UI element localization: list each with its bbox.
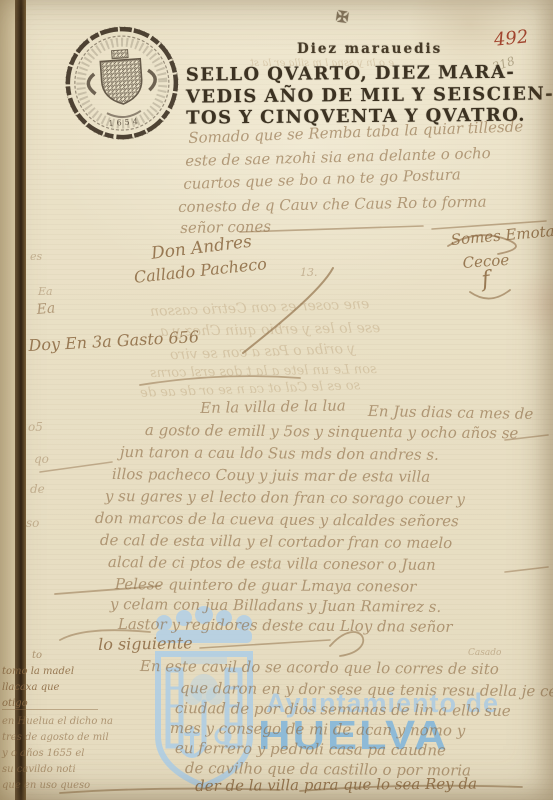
manuscript-line: a gosto de emill y 5os y sinquenta y och… [145, 421, 519, 442]
manuscript-line: conesto de q Cauv che Caus Ro to forma [178, 193, 487, 216]
manuscript-line: En la villa de la lua [200, 396, 346, 417]
manuscript-line: En Jus dias ca mes de [368, 402, 534, 423]
seal-year: 1654 [108, 117, 141, 128]
manuscript-line: cuartos que se bo a no te go Postura [183, 165, 461, 193]
manuscript-line: y celam con jua Billadans y Juan Ramirez… [110, 595, 441, 616]
margin-note: que en uso queso [2, 780, 90, 791]
manuscript-line: illos pacheco Couy y juis mar de esta vi… [112, 465, 430, 486]
notarial-seal: 1654 [51, 19, 195, 150]
manuscript-line: eu ferrero y pedroli casa pa caudne [175, 739, 446, 759]
margin-mark: o5 [28, 420, 43, 434]
manuscript-line: de cal de esta villa y el cortador fran … [100, 531, 452, 552]
manuscript-line: alcal de ci ptos de esta villa conesor o… [108, 553, 436, 574]
side-note: Casado [468, 648, 501, 658]
bleedthrough-line: ene coser es con Cetrio casson [150, 296, 370, 320]
margin-mark: Ea [38, 285, 53, 298]
manuscript-line: En este cavil do se acordo que lo corres… [140, 657, 499, 678]
tax-header: Diez marauedis [297, 41, 442, 57]
manuscript-line: mes y consego de mi de acan y nomo y [170, 719, 465, 740]
manuscript-page: ✠ Diez marauedis e o ln y ssna l m silla… [0, 0, 553, 800]
margin-note: tomo la madel [2, 666, 74, 677]
margin-mark: Ea [36, 300, 56, 318]
margin-note: tres de agosto de mil [2, 732, 109, 743]
manuscript-line: der de la villa para que lo sea Rey da [195, 775, 477, 795]
printed-line: SELLO QVARTO, DIEZ MARA- [186, 61, 553, 86]
manuscript-line: y su gares y el lecto don fran co sorago… [105, 487, 465, 508]
manuscript-line: jun taron a cau ldo Sus mds don andres s… [120, 443, 439, 464]
manuscript-line: lo siguiente [98, 633, 193, 654]
margin-note: en Huelua el dicho na [2, 716, 113, 727]
cross-mark: ✠ [335, 7, 350, 27]
margin-mark: es [30, 250, 42, 263]
margin-note: otigo [2, 698, 98, 710]
signature-rubric: f [480, 267, 492, 293]
manuscript-line: que daron en y dor sese que tenis resu d… [180, 679, 553, 700]
manuscript-line: ciudad de por dios semanas de lin a ello… [175, 699, 511, 720]
margin-note: llacaxa que [2, 682, 59, 693]
previous-page-edge [0, 0, 15, 800]
binding-gutter [15, 0, 26, 800]
margin-note: su cavildo noti [2, 764, 76, 775]
manuscript-line: Pelese quintero de guar Lmaya conesor [115, 575, 417, 596]
folio-number: 492 [493, 26, 529, 50]
margin-note: to [32, 650, 42, 661]
rubric-number: 13. [300, 266, 318, 279]
margin-note: y o años 1655 el [2, 748, 85, 759]
margin-mark: so [26, 516, 39, 530]
margin-mark: qo [34, 452, 49, 466]
manuscript-line: don marcos de la cueva ques y alcaldes s… [95, 509, 459, 530]
margin-mark: de [30, 482, 45, 496]
signature-right: Somes Emota [450, 222, 553, 249]
